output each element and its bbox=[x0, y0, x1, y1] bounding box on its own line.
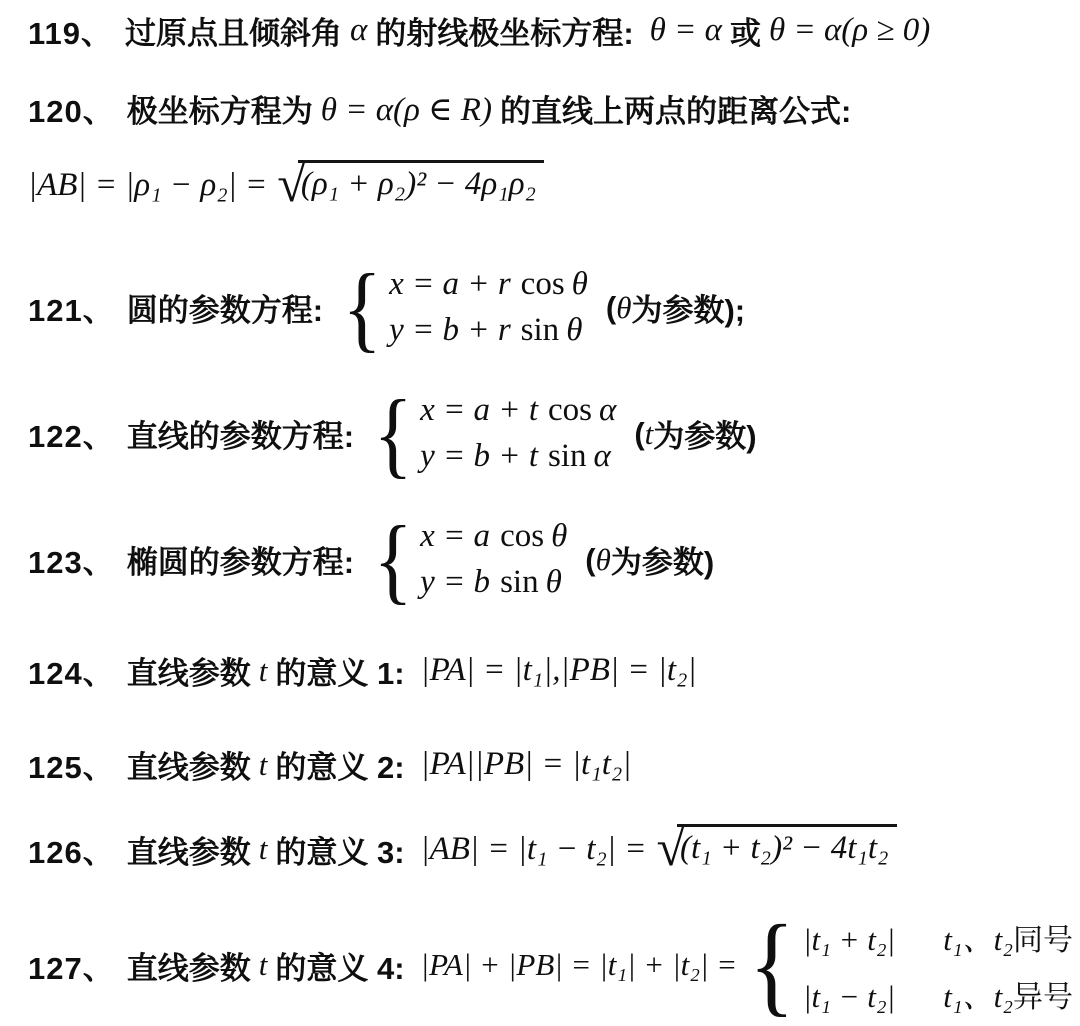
sqrt-expression: √ (ρ₁ + ρ₂)² − 4ρ₁ρ₂ bbox=[277, 160, 544, 211]
label-or: 或 bbox=[730, 8, 761, 53]
math-alpha: α bbox=[350, 12, 367, 49]
formula-distance: |AB| = |ρ₁ − ρ₂| = √ (ρ₁ + ρ₂)² − 4ρ₁ρ₂ bbox=[28, 160, 544, 211]
formula-row-123: 123、 椭圆的参数方程: { x = a cos θ y = b sin θ … bbox=[28, 514, 714, 605]
parameter-variable: θ bbox=[616, 290, 631, 326]
parameter-variable: θ bbox=[596, 542, 611, 578]
left-brace: { bbox=[749, 912, 795, 1018]
formula-row-126: 126、 直线参数 t 的意义 3: |AB| = |t₁ − t₂| = √ … bbox=[28, 824, 897, 875]
sqrt-inner: (t₁ + t₂)² − 4t₁t₂ bbox=[680, 830, 888, 866]
item-number: 127、 bbox=[28, 943, 115, 988]
item-number: 124、 bbox=[28, 648, 115, 693]
label-text: 的意义 1: bbox=[275, 648, 404, 693]
item-number: 119、 bbox=[28, 8, 113, 53]
equation-system: { x = a + t cos α y = b + t sin α bbox=[370, 388, 616, 479]
label-text: 的意义 3: bbox=[275, 827, 404, 872]
cos-function: cos bbox=[500, 518, 544, 555]
formula-row-127: 127、 直线参数 t 的意义 4: |PA| + |PB| = |t₁| + … bbox=[28, 912, 1073, 1018]
label-text: 直线参数 bbox=[127, 742, 251, 787]
label-text: 的意义 2: bbox=[275, 742, 404, 787]
formula-lhs: |PA| + |PB| = |t₁| + |t₂| = bbox=[421, 947, 738, 983]
equation-y: y = b + r sin θ bbox=[389, 312, 588, 349]
item-number: 123、 bbox=[28, 537, 115, 582]
parameter-note: ( θ 为参数); bbox=[606, 285, 745, 330]
equation-system: { x = a cos θ y = b sin θ bbox=[370, 514, 567, 605]
piecewise-system: { |t₁ + t₂| t₁、t₂同号 |t₁ − t₂| t₁、t₂异号 bbox=[745, 912, 1073, 1018]
formula-body: |PA| = |t₁|,|PB| = |t₂| bbox=[421, 652, 697, 689]
label-text: 椭圆的参数方程: bbox=[127, 537, 354, 582]
equation-x: x = a + r cos θ bbox=[389, 266, 588, 303]
parameter-variable: t bbox=[259, 947, 268, 983]
item-number: 121、 bbox=[28, 285, 115, 330]
left-brace: { bbox=[374, 388, 413, 479]
formula-row-124: 124、 直线参数 t 的意义 1: |PA| = |t₁|,|PB| = |t… bbox=[28, 648, 697, 693]
case-opposite-sign: |t₁ − t₂| t₁、t₂异号 bbox=[803, 971, 1073, 1016]
label-text: 过原点且倾斜角 bbox=[125, 8, 342, 53]
formula-row-125: 125、 直线参数 t 的意义 2: |PA||PB| = |t₁t₂| bbox=[28, 742, 631, 787]
label-text: 极坐标方程为 bbox=[127, 86, 313, 131]
sqrt-expression: √ (t₁ + t₂)² − 4t₁t₂ bbox=[657, 824, 897, 875]
label-text: 直线的参数方程: bbox=[127, 411, 354, 456]
case-same-sign: |t₁ + t₂| t₁、t₂同号 bbox=[803, 914, 1073, 959]
cos-function: cos bbox=[521, 266, 565, 303]
label-text: 的意义 4: bbox=[275, 943, 404, 988]
formula-body: |PA||PB| = |t₁t₂| bbox=[421, 746, 632, 783]
sin-function: sin bbox=[521, 312, 560, 349]
parameter-note: ( t 为参数) bbox=[634, 411, 756, 456]
math-theta-eq-alpha: θ = α bbox=[650, 12, 722, 49]
parameter-variable: t bbox=[259, 653, 268, 689]
label-text: 直线参数 bbox=[127, 827, 251, 872]
case-condition: t₁、t₂异号 bbox=[943, 971, 1073, 1016]
formula-row-122: 122、 直线的参数方程: { x = a + t cos α y = b + … bbox=[28, 388, 757, 479]
item-number: 120、 bbox=[28, 86, 115, 131]
label-text: 直线参数 bbox=[127, 943, 251, 988]
formula-row-119: 119、 过原点且倾斜角 α 的射线极坐标方程: θ = α 或 θ = α(ρ… bbox=[28, 8, 930, 53]
formula-lhs: |AB| = |ρ₁ − ρ₂| = bbox=[28, 167, 267, 204]
label-text: 直线参数 bbox=[127, 648, 251, 693]
parameter-note: ( θ 为参数) bbox=[585, 537, 714, 582]
item-number: 125、 bbox=[28, 742, 115, 787]
math-theta-eq-alpha-rho: θ = α(ρ ≥ 0) bbox=[769, 12, 930, 49]
item-number: 122、 bbox=[28, 411, 115, 456]
left-brace: { bbox=[343, 262, 382, 353]
formula-sheet-page: 119、 过原点且倾斜角 α 的射线极坐标方程: θ = α 或 θ = α(ρ… bbox=[0, 0, 1080, 1026]
label-text: 圆的参数方程: bbox=[127, 285, 323, 330]
formula-row-121: 121、 圆的参数方程: { x = a + r cos θ y = b + r… bbox=[28, 262, 745, 353]
sin-function: sin bbox=[500, 564, 539, 601]
equation-y: y = b sin θ bbox=[420, 564, 567, 601]
parameter-variable: t bbox=[259, 831, 268, 867]
equation-system: { x = a + r cos θ y = b + r sin θ bbox=[339, 262, 588, 353]
formula-lhs: |AB| = |t₁ − t₂| = bbox=[421, 831, 647, 868]
parameter-variable: t bbox=[259, 747, 268, 783]
label-text: 的射线极坐标方程: bbox=[375, 8, 633, 53]
sin-function: sin bbox=[548, 438, 587, 475]
equation-x: x = a cos θ bbox=[420, 518, 567, 555]
label-text: 的直线上两点的距离公式: bbox=[500, 86, 851, 131]
item-number: 126、 bbox=[28, 827, 115, 872]
case-condition: t₁、t₂同号 bbox=[943, 914, 1073, 959]
formula-row-120: 120、 极坐标方程为 θ = α(ρ ∈ R) 的直线上两点的距离公式: bbox=[28, 86, 851, 131]
math-polar-line: θ = α(ρ ∈ R) bbox=[321, 89, 492, 129]
cos-function: cos bbox=[548, 392, 592, 429]
left-brace: { bbox=[374, 514, 413, 605]
equation-y: y = b + t sin α bbox=[420, 438, 616, 475]
equation-x: x = a + t cos α bbox=[420, 392, 616, 429]
parameter-variable: t bbox=[645, 416, 654, 452]
sqrt-inner: (ρ₁ + ρ₂)² − 4ρ₁ρ₂ bbox=[301, 166, 536, 202]
